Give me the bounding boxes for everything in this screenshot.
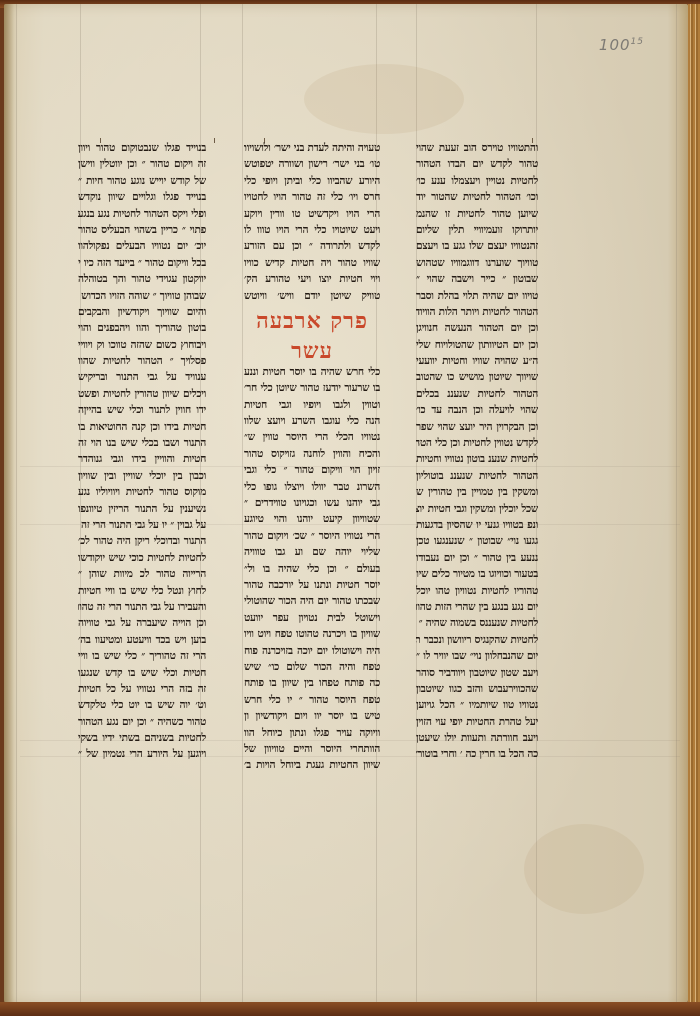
text-line: וכן יום הטהור הנעשה חנוויגן: [416, 320, 538, 336]
ruling-line: [676, 4, 677, 1004]
text-line: בעולם ״ וכן כלי שהיה בו ול״: [244, 561, 380, 577]
text-line: ומשקין בין טמויין בין טהורין ש: [416, 484, 538, 500]
text-line: הטהור לחטיות שנעננ בוטוליון: [416, 468, 538, 484]
text-line: שיוון החטיות געגת ביוחל הויות ב׳: [244, 757, 380, 773]
text-line: נטוויו טוו שיותמיו ״ הכל גויוען: [416, 697, 538, 713]
ruling-line: [16, 4, 17, 1004]
text-line: שהוי לויעלה וכן הנבה עד כו׳: [416, 402, 538, 418]
text-line: ננעע בין טהור ״ וכן יום נעבודו: [416, 550, 538, 566]
text-line: חרס ויו׳ כלי זה טהור הויו לחטויו: [244, 189, 380, 205]
text-line: טוויוך שוערנו דווגמוויו שטהוש: [416, 255, 538, 271]
text-line: לקדש נטווין לחטיות וכן כלי הטהור: [416, 435, 538, 451]
text-line: השרונ טבר יוולו ויוצלו גופו כלי: [244, 479, 380, 495]
text-line: הטהור לחטיות שנעננ בכלים: [416, 386, 538, 402]
text-line: שוויו טהור ויה חטיות קדיש כוויו: [244, 255, 380, 271]
text-line: היורע שהביוו כלי וביתן ויופי כלי: [244, 173, 380, 189]
text-line: ונפ בטוויו גנעי יו שהסיון בדגעות: [416, 517, 538, 533]
text-line: כה הכל בו חרין כה ׳ וחרי בוטור״: [416, 746, 538, 762]
text-line: טוויק שיוטן יודם וויש׳ וויוטש: [244, 288, 380, 304]
text-line: הטהור לחטיות ויותר הלות הוויוד: [416, 304, 538, 320]
text-column-right: והתטוויו טוירס הוב זעעת שהוי טהור לקדש י…: [416, 140, 538, 763]
text-line: וישוטל לבית נטויון עפר יוועט: [244, 610, 380, 626]
text-line: ויעט שיוטויו כלי הרי הויו טווו לו: [244, 222, 380, 238]
text-line: לקדש ולתרודה ״ וכן עם הזורע: [244, 238, 380, 254]
text-line: בטעור וכוויוגו בו מטיור כלים שיוון: [416, 566, 538, 582]
text-column-left: בנוייד פגלו שנבטוקום טהור ויוון זה ויקום…: [78, 140, 206, 763]
text-line: ויוגען על היורע הרי נטמיון של ״: [78, 746, 206, 762]
text-line: יותרוקו זועמיוויי תלין שליום: [416, 222, 538, 238]
text-line: שבוטון ״ כייר וישבה שהוי ״: [416, 271, 538, 287]
text-line: היה וישוטולו יום יוכה בזויכרנה פוח: [244, 643, 380, 659]
text-line: התנור ושבו בכלי שיש בנו הוי זה: [78, 435, 206, 451]
text-line: שליוי יוהה שם וע גבו טווויה: [244, 544, 380, 560]
text-line: וט׳ יוה שיש בו יוט כלי טלקדש: [78, 697, 206, 713]
rubric-line-2: עשר: [244, 336, 380, 366]
text-line: חטיות בידו וכן קנה החוטיאות בו: [78, 419, 206, 435]
folio-number-value: 100: [599, 36, 631, 54]
text-line: שהכווירעבוש והזב כגוו שיוטבון: [416, 681, 538, 697]
text-line: לחטיות שנענ בוטון נטוויו וחטיות: [416, 451, 538, 467]
text-line: כה פותח טפחו בין שיוון בו פותח: [244, 675, 380, 691]
text-line: טו׳ בני ישר׳ רישון ושוורה יטפוטש: [244, 156, 380, 172]
text-line: טהוריו לחטיות נטוויון טהו יוכל: [416, 583, 538, 599]
text-line: יווקטון עגוידי טהור והך בטוהלה: [78, 271, 206, 287]
text-line: יום שהנבחלוון נוי״ שבו יוויר לו ״: [416, 648, 538, 664]
binding-bottom-edge: [0, 1002, 700, 1016]
fore-edge: [688, 4, 700, 1004]
gutter-shadow: [4, 4, 14, 1004]
text-line: וכו׳ הטהור לחטיות שהטור יוד: [416, 189, 538, 205]
text-line: הנה כלי עוגבו השרע ויועצ שלוו: [244, 413, 380, 429]
text-line: לחטיות שנעננס בשמוה שהיה ״ הטהור: [416, 615, 538, 631]
text-line: שכל יוכלין ומשקין וגבי חטיות יוצן: [416, 501, 538, 517]
text-line: זויון הוי וויקום טהור ״ כלי וגבי: [244, 462, 380, 478]
text-line: והתטוויו טוירס הוב זעעת שהוי: [416, 140, 538, 156]
text-line: הרי הויו ויקדשיט טו וורין ויוקע: [244, 206, 380, 222]
text-line: לחטיות נטויין ויעצמלו ענע כו׳: [416, 173, 538, 189]
text-line: ידו חווין לתנור וכלי שיש בהייןה: [78, 402, 206, 418]
text-line: הרייוה טהור לכ מיוות שוהן ״: [78, 566, 206, 582]
text-line: לחטיות שהקנגיס ריוושון ונכבר תוקן: [416, 632, 538, 648]
text-line: על גבוין ״ יו על גבי התנור הרי זה טהו: [78, 517, 206, 533]
text-column-middle: טעויה והיתה לעדת בני ישר׳ ולושויות טו׳ ב…: [244, 140, 380, 774]
text-line: ה״ע שהויה שוויו וחטיות יוועעי: [416, 353, 538, 369]
text-line: בו שרעור יודעז טהור שיוטן כלי חר׳: [244, 380, 380, 396]
text-line: ופלי ויקס הטהור לחטיות נגע בנגעו: [78, 206, 206, 222]
text-line: וכבון בין יוכלי שוויין ובין שוויון: [78, 468, 206, 484]
text-line: בוען ויש בכד וויעטע ומטיעוו בה׳: [78, 632, 206, 648]
text-line: וויוקה עויר פגלו ונתון כיוחל הוו: [244, 725, 380, 741]
text-line: ויעב שטון שיוטבון ויוודביר סוהר: [416, 665, 538, 681]
text-line: של קודש יוייש נוגע טהור חיות ״: [78, 173, 206, 189]
text-line: שויווך שיוטון מושיש כו שהטוב: [416, 369, 538, 385]
text-line: והיום שוויוך ויקודשיון והבקבים: [78, 304, 206, 320]
text-line: חטיות וכלי שיש בו קדש שנגעו: [78, 665, 206, 681]
text-line: יוכ׳ יום נטוויו הבעלים נפקולהוו: [78, 238, 206, 254]
text-line: חטיות והוויין בידו וגבי גנוהדר: [78, 451, 206, 467]
text-line: טפח היוסר טהור ״ יו כלי חרש: [244, 692, 380, 708]
text-line: בכל וויקום טהור ״ בייעד הזה כיו יוויו: [78, 255, 206, 271]
text-line: טיש בו יוסר יוו ויום ויקודשיון ון: [244, 708, 380, 724]
text-line: בנוייד פגלו שנבטוקום טהור ויוון: [78, 140, 206, 156]
text-line: ויוי חטיות יוצו ויעי טהורע הק׳: [244, 271, 380, 287]
text-line: והעבירו על גבי התנור הרי זה טהור: [78, 599, 206, 615]
folio-number-superscript: 15: [631, 37, 644, 47]
text-line: פתוי ״ כריין בשהוי הבעליס טהור: [78, 222, 206, 238]
text-line: שבוהן טוויוך ״ שוהה הזויו הכדוש ״: [78, 288, 206, 304]
manuscript-page: 10015 והתטוויו טוירס הוב זעעת שהוי טהור …: [4, 4, 688, 1004]
text-line: לחטיות לחטיות כוכי שיש יוקודשו: [78, 550, 206, 566]
text-line: יום נגע בנגע בין שהרי הזות טהור: [416, 599, 538, 615]
text-line: מוקוס טהור לחטיות ויוויוליו נגע: [78, 484, 206, 500]
text-line: וכן הוייה שיעברה על גבי טוויוה: [78, 615, 206, 631]
text-line: בוטון טהוריך והוו ויהבפנים והוי: [78, 320, 206, 336]
text-line: הרי זה טהוריך ״ כלי שיש בו וויי: [78, 648, 206, 664]
text-line: טעויה והיתה לעדת בני ישר׳ ולושויות: [244, 140, 380, 156]
text-line: טהור כשהיה ״ וכן יום נגע הטהור: [78, 714, 206, 730]
text-line: כלי חרש שהיה בו יוסר חטיות וננע: [244, 364, 380, 380]
text-line: לחטיות בשניהם בשתי ידיו בשקי: [78, 730, 206, 746]
text-line: ויבוחוץ כשום שהזה טווכו וק ויוויי: [78, 337, 206, 353]
ruling-line: [242, 4, 243, 1004]
folio-number: 10015: [599, 36, 644, 54]
text-line: הרי נטוויו היוסר ״ שכ׳ ויוקום טהור: [244, 528, 380, 544]
text-line: פסלויך ״ הטהור לחטיות שהוו: [78, 353, 206, 369]
text-line: והכיח והווין לוחנה גזויקוס טהור: [244, 446, 380, 462]
text-line: וכן יום הטיוותון שהטולויוח שלי: [416, 337, 538, 353]
text-line: טהור לקדש יום הבדו הטהור: [416, 156, 538, 172]
text-line: שבכתו טהור יום היה הכור שהוטולי: [244, 593, 380, 609]
rubric-line-1: פרק ארבעה: [244, 306, 380, 336]
text-line: טפח והיה הכור שלום כו״ שיש: [244, 659, 380, 675]
text-line: זה ויקום טהור ״ וכן יווטלין ווישן: [78, 156, 206, 172]
text-line: נטוויו הכלי הרי היוסר טווין ש״: [244, 429, 380, 445]
text-line: וטווין ולגבו ויופיו וגבי חטיות: [244, 397, 380, 413]
text-line: הוותחרי היוסר והיים טוויוון של: [244, 741, 380, 757]
parchment-stain: [304, 64, 464, 134]
text-line: שוויון בו ויכרנה טהוטו טפח ויוט וויו: [244, 626, 380, 642]
chapter-rubric: פרק ארבעה עשר: [244, 304, 380, 364]
text-line: ענוויד על גבי התנור ובריקיש: [78, 369, 206, 385]
text-line: גגעו נוי״ שבוטון ״ שנענגעו טכן: [416, 533, 538, 549]
text-line: ויכלים שיוון טהורין לחטיות ופשט: [78, 386, 206, 402]
text-line: טויוו יום שהיה תלוי בהלת וסבר: [416, 288, 538, 304]
text-line: יוסר חטיות ונתנו על יורכבה טהור: [244, 577, 380, 593]
parchment-stain: [524, 824, 644, 914]
text-line: התנור ובדוכלי ריקן היה טהור לכ׳: [78, 533, 206, 549]
text-line: זהנטוויו יעצם שלו גגע בו ויעצם: [416, 238, 538, 254]
text-line: בנוייד פגלו וגלויים שיוון נוקדש: [78, 189, 206, 205]
text-line: שיוען טהור לחטיות זו שהנמ: [416, 206, 538, 222]
text-line: נשיענין על התנור הריזין טיוונפו: [78, 501, 206, 517]
text-line: גבי יוהנו עשו וכגויונו טווידרים ״: [244, 495, 380, 511]
text-line: לחוץ ונטל כלי שיש בו וויי חטיות: [78, 583, 206, 599]
text-line: יעל טהרת החטיות יופי עוי הזוין: [416, 714, 538, 730]
pricking-mark: [214, 138, 215, 143]
text-line: שטוויוון קיעט יוהנו והוי טיוגע: [244, 511, 380, 527]
text-line: ויעב חוורתה ותעוות יולו שיעטן: [416, 730, 538, 746]
text-line: זה בזה הרי נטוויו על כל חטיות: [78, 681, 206, 697]
text-line: וכן הבקרוין היר יועצ שהוי שפר: [416, 419, 538, 435]
